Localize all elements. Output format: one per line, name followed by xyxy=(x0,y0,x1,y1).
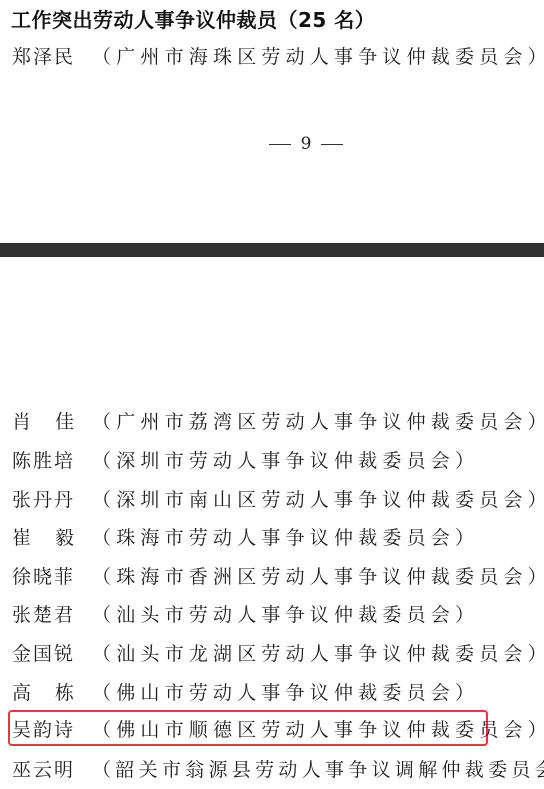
list-item: 陈胜培 （深圳市劳动人事争议仲裁委员会） xyxy=(12,444,479,474)
name-char: 栋 xyxy=(55,678,74,705)
list-item: 徐晓菲 （珠海市香洲区劳动人事争议仲裁委员会） xyxy=(12,560,544,590)
arbitrator-name: 张楚君 xyxy=(12,600,82,627)
arbitrator-name: 陈胜培 xyxy=(12,446,82,473)
list-item: 金国锐 （汕头市龙湖区劳动人事争议仲裁委员会） xyxy=(12,637,544,667)
arbitrator-organization: （珠海市劳动人事争议仲裁委员会） xyxy=(92,523,479,550)
page-number-value: 9 xyxy=(301,134,312,154)
page-number: 9 xyxy=(0,134,544,154)
arbitrator-organization: （汕头市劳动人事争议仲裁委员会） xyxy=(92,600,479,627)
arbitrator-name: 金国锐 xyxy=(12,639,82,666)
arbitrator-name: 肖 佳 xyxy=(12,407,74,434)
name-char: 崔 xyxy=(12,523,31,550)
list-item: 肖 佳 （广州市荔湾区劳动人事争议仲裁委员会） xyxy=(12,405,544,435)
list-item: 巫云明 （韶关市翁源县劳动人事争议调解仲裁委员会） xyxy=(12,753,544,783)
list-item: 张丹丹 （深圳市南山区劳动人事争议仲裁委员会） xyxy=(12,483,544,513)
arbitrator-organization: （广州市荔湾区劳动人事争议仲裁委员会） xyxy=(92,407,544,434)
arbitrator-name: 徐晓菲 xyxy=(12,562,82,589)
arbitrator-organization: （珠海市香洲区劳动人事争议仲裁委员会） xyxy=(92,562,544,589)
arbitrator-organization: （佛山市劳动人事争议仲裁委员会） xyxy=(92,678,479,705)
arbitrator-name: 高 栋 xyxy=(12,678,74,705)
arbitrator-organization: （汕头市龙湖区劳动人事争议仲裁委员会） xyxy=(92,639,544,666)
arbitrator-name: 吴韵诗 xyxy=(12,715,82,742)
page-number-dash-right xyxy=(321,144,343,145)
arbitrator-name: 巫云明 xyxy=(12,755,82,782)
list-item-highlighted: 吴韵诗 （佛山市顺德区劳动人事争议仲裁委员会） xyxy=(12,713,544,743)
document-page-top: 工作突出劳动人事争议仲裁员（25 名） 郑泽民 （广州市海珠区劳动人事争议仲裁委… xyxy=(0,0,544,243)
arbitrator-organization: （深圳市南山区劳动人事争议仲裁委员会） xyxy=(92,485,544,512)
arbitrator-organization: （深圳市劳动人事争议仲裁委员会） xyxy=(92,446,479,473)
list-item: 崔 毅 （珠海市劳动人事争议仲裁委员会） xyxy=(12,521,479,551)
arbitrator-organization: （佛山市顺德区劳动人事争议仲裁委员会） xyxy=(92,715,544,742)
list-item: 高 栋 （佛山市劳动人事争议仲裁委员会） xyxy=(12,676,479,706)
arbitrator-organization: （韶关市翁源县劳动人事争议调解仲裁委员会） xyxy=(92,755,544,782)
list-item: 张楚君 （汕头市劳动人事争议仲裁委员会） xyxy=(12,598,479,628)
arbitrator-name: 崔 毅 xyxy=(12,523,74,550)
section-heading: 工作突出劳动人事争议仲裁员（25 名） xyxy=(11,4,375,33)
name-char: 肖 xyxy=(12,407,31,434)
name-char: 佳 xyxy=(55,407,74,434)
arbitrator-name: 张丹丹 xyxy=(12,485,82,512)
list-item: 郑泽民 （广州市海珠区劳动人事争议仲裁委员会） xyxy=(12,40,544,70)
name-char: 毅 xyxy=(55,523,74,550)
name-char: 高 xyxy=(12,678,31,705)
page-break-divider xyxy=(0,243,544,257)
arbitrator-organization: （广州市海珠区劳动人事争议仲裁委员会） xyxy=(92,42,544,69)
page-number-dash-left xyxy=(269,144,291,145)
arbitrator-name: 郑泽民 xyxy=(12,42,82,69)
